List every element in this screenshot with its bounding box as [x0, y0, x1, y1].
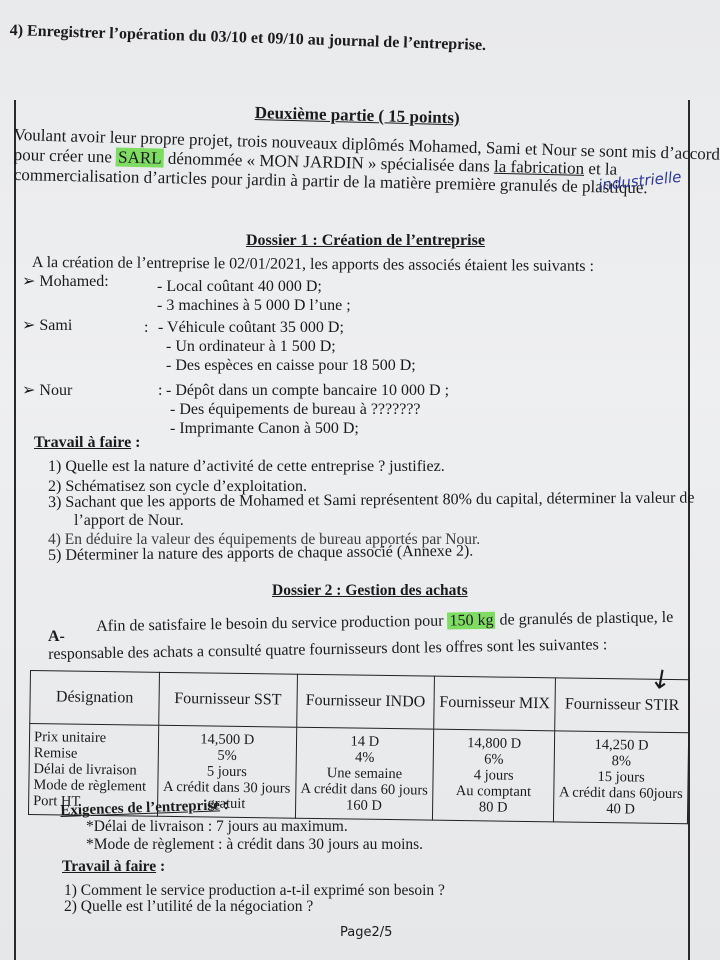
d1-question-1: 1) Quelle est la nature d’activité de ce…: [48, 458, 445, 476]
header-designation: Désignation: [30, 671, 160, 726]
supplier-stir-values: 14,250 D 8% 15 jours A crédit dans 60jou…: [553, 731, 688, 824]
d1-question-3-cont: l’apport de Nour.: [74, 512, 184, 530]
requirement-2: *Mode de règlement : à crédit dans 30 jo…: [86, 836, 423, 854]
requirement-1: *Délai de livraison : 7 jours au maximum…: [86, 818, 348, 836]
section-a-label: A-: [48, 628, 65, 646]
dossier1-work-title: Travail à faire :: [34, 434, 141, 452]
dossier1-title: Dossier 1 : Création de l’entreprise: [246, 232, 485, 250]
quantity-highlight: 150 kg: [447, 612, 495, 630]
supplier-indo-values: 14 D 4% Une semaine A crédit dans 60 jou…: [295, 727, 434, 820]
header-supplier: Fournisseur SST: [159, 672, 297, 727]
bullet-arrow-icon: ➢: [22, 273, 39, 290]
supplier-mix-values: 14,800 D 6% 4 jours Au comptant 80 D: [433, 729, 555, 822]
dossier2-title: Dossier 2 : Gestion des achats: [272, 582, 468, 600]
d2-question-2: 2) Quelle est l’utilité de la négociatio…: [64, 898, 313, 916]
bullet-arrow-icon: ➢: [22, 382, 39, 399]
header-supplier: Fournisseur INDO: [296, 674, 434, 729]
dossier2-work-title: Travail à faire :: [62, 858, 165, 876]
bullet-arrow-icon: ➢: [22, 317, 39, 334]
sarl-highlight: SARL: [116, 148, 164, 168]
header-supplier: Fournisseur MIX: [434, 676, 556, 731]
page-number: Page2/5: [340, 924, 392, 942]
previous-question: 4) Enregistrer l’opération du 03/10 et 0…: [9, 22, 486, 55]
exam-page: 4) Enregistrer l’opération du 03/10 et 0…: [0, 0, 720, 960]
table-header-row: Désignation Fournisseur SST Fournisseur …: [30, 671, 690, 733]
